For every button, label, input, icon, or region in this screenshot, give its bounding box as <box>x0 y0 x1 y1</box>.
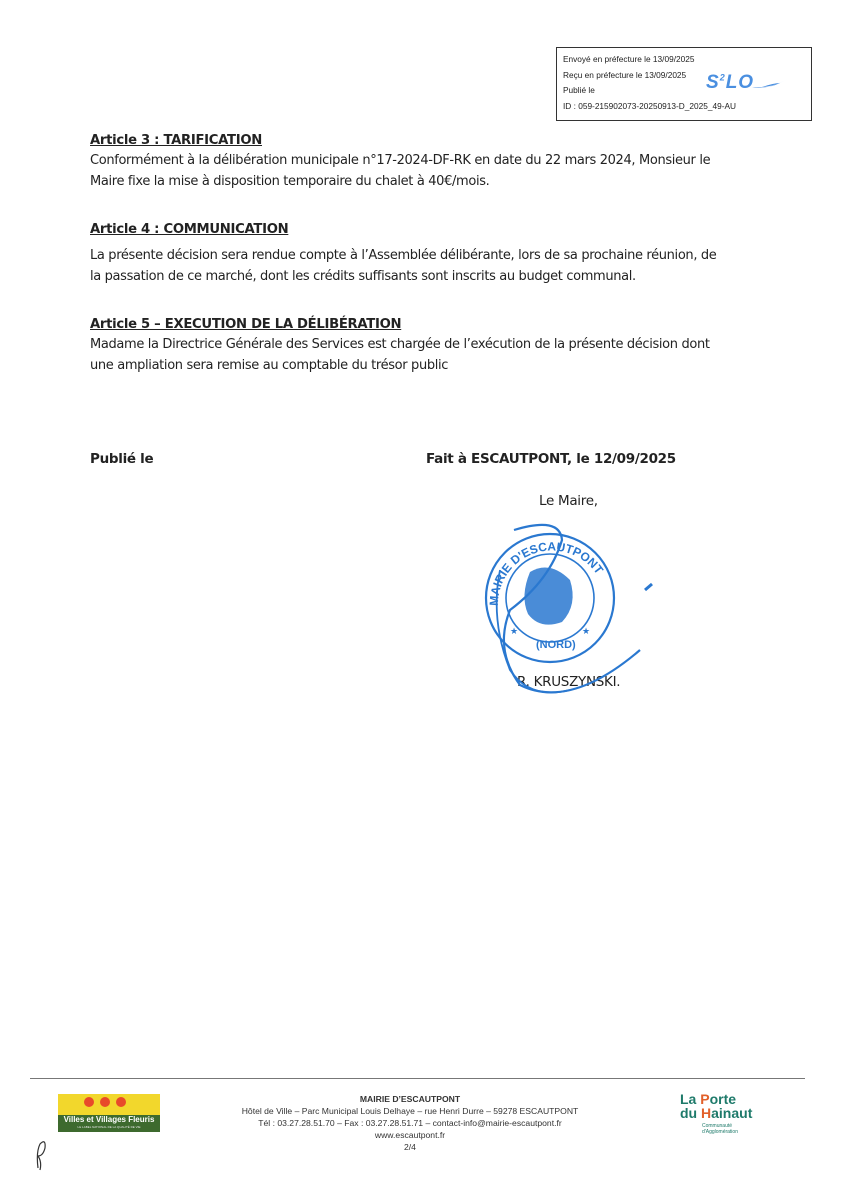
article-4-text: La présente décision sera rendue compte … <box>90 245 770 287</box>
flower-icons <box>84 1097 126 1107</box>
la-porte-du-hainaut-logo: La Porte du Hainaut Communautéd'Agglomér… <box>680 1092 752 1135</box>
page-number: 2/4 <box>200 1141 620 1153</box>
footer-email-contact[interactable]: Tél : 03.27.28.51.70 – Fax : 03.27.28.51… <box>200 1117 620 1129</box>
signatory-title: Le Maire, <box>539 493 598 509</box>
handwritten-initial <box>34 1138 48 1172</box>
article-4-heading: Article 4 : COMMUNICATION <box>90 222 288 237</box>
s2lo-logo: S2LO <box>706 72 754 94</box>
article-5-text: Madame la Directrice Générale des Servic… <box>90 334 770 376</box>
place-date: Fait à ESCAUTPONT, le 12/09/2025 <box>426 451 676 467</box>
svg-text:★: ★ <box>582 626 590 636</box>
stamp-sent: Envoyé en préfecture le 13/09/2025 <box>563 52 805 68</box>
villes-villages-fleuris-logo: Villes et Villages Fleuris LE LABEL NATI… <box>58 1094 160 1132</box>
article-3-heading: Article 3 : TARIFICATION <box>90 133 262 148</box>
stamp-id: ID : 059-215902073-20250913-D_2025_49-AU <box>563 99 805 115</box>
svg-text:★: ★ <box>510 626 518 636</box>
footer-website-link[interactable]: www.escautpont.fr <box>200 1129 620 1141</box>
published-label: Publié le <box>90 451 153 467</box>
footer-contact: MAIRIE D’ESCAUTPONT Hôtel de Ville – Par… <box>200 1093 620 1153</box>
official-seal: MAIRIE D'ESCAUTPONT (NORD) ★ ★ <box>470 510 670 710</box>
footer-divider <box>30 1078 805 1079</box>
article-5-heading: Article 5 – EXECUTION DE LA DÉLIBÉRATION <box>90 317 401 332</box>
s2lo-wing-icon <box>750 77 790 93</box>
svg-text:(NORD): (NORD) <box>536 639 576 651</box>
article-3-text: Conformément à la délibération municipal… <box>90 150 770 192</box>
